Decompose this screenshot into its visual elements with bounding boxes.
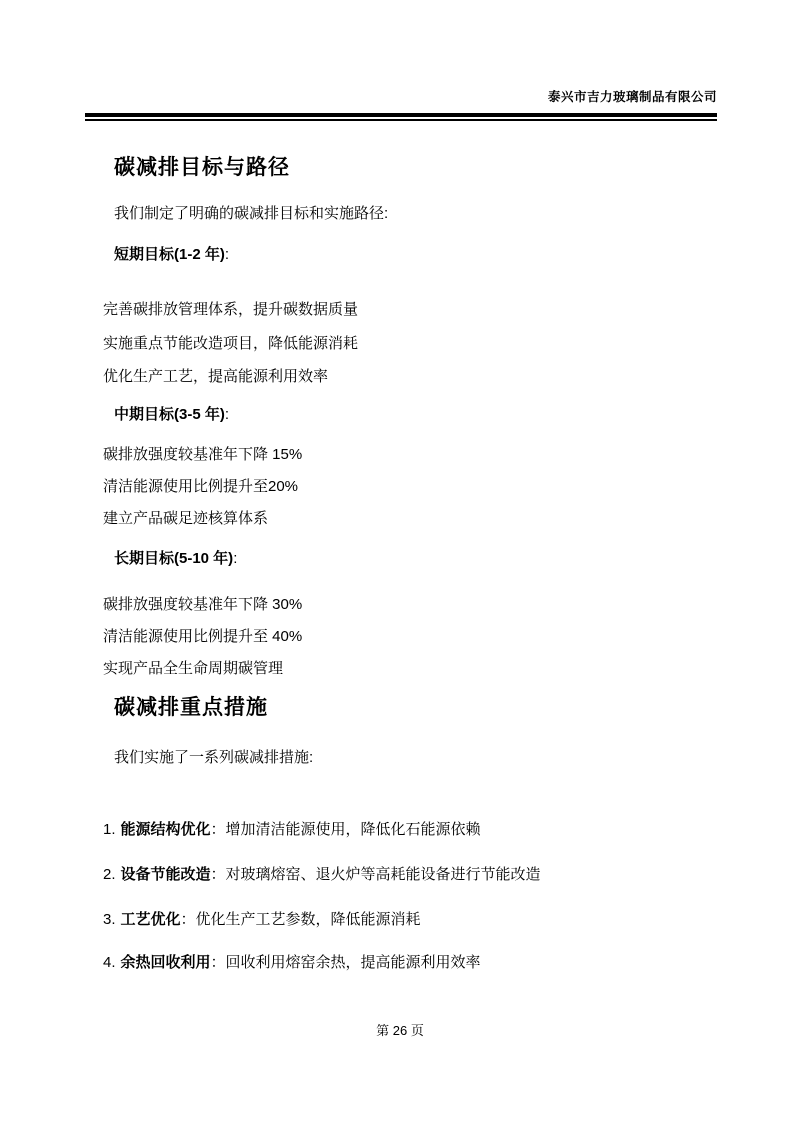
- subhead-long-term-colon: :: [233, 550, 237, 567]
- measure-label: 余热回收利用: [121, 954, 211, 971]
- measure-item: 3.工艺优化：优化生产工艺参数，降低能源消耗: [103, 911, 421, 930]
- subhead-mid-term-colon: :: [225, 406, 229, 423]
- goals-intro: 我们制定了明确的碳减排目标和实施路径:: [114, 205, 388, 224]
- measure-label: 工艺优化: [121, 911, 181, 928]
- goal-item: 清洁能源使用比例提升至20%: [103, 478, 298, 497]
- subhead-short-term-colon: :: [225, 246, 229, 263]
- measure-number: 3.: [103, 911, 116, 928]
- measure-item: 4.余热回收利用：回收利用熔窑余热，提高能源利用效率: [103, 954, 481, 973]
- measure-text: 对玻璃熔窑、退火炉等高耗能设备进行节能改造: [226, 866, 541, 883]
- measure-number: 1.: [103, 821, 116, 838]
- subhead-mid-term: 中期目标(3-5 年):: [114, 406, 229, 425]
- goal-item: 实现产品全生命周期碳管理: [103, 660, 283, 679]
- company-name: 泰兴市吉力玻璃制品有限公司: [548, 87, 717, 105]
- header-divider: [85, 113, 717, 121]
- measure-label: 设备节能改造: [121, 866, 211, 883]
- goal-item: 优化生产工艺，提高能源利用效率: [103, 368, 328, 387]
- measure-colon: ：: [181, 911, 196, 928]
- measure-text: 增加清洁能源使用，降低化石能源依赖: [226, 821, 481, 838]
- measure-text: 回收利用熔窑余热，提高能源利用效率: [226, 954, 481, 971]
- measure-number: 4.: [103, 954, 116, 971]
- measure-colon: ：: [211, 821, 226, 838]
- measure-item: 1.能源结构优化：增加清洁能源使用，降低化石能源依赖: [103, 821, 481, 840]
- measure-colon: ：: [211, 954, 226, 971]
- measure-number: 2.: [103, 866, 116, 883]
- subhead-long-term-label: 长期目标(5-10 年): [114, 550, 233, 567]
- goal-item: 建立产品碳足迹核算体系: [103, 510, 268, 529]
- measure-colon: ：: [211, 866, 226, 883]
- page-number: 第 26 页: [0, 1020, 800, 1039]
- goal-item: 碳排放强度较基准年下降 30%: [103, 596, 302, 615]
- subhead-short-term: 短期目标(1-2 年):: [114, 246, 229, 265]
- subhead-short-term-label: 短期目标(1-2 年): [114, 246, 225, 263]
- measure-item: 2.设备节能改造：对玻璃熔窑、退火炉等高耗能设备进行节能改造: [103, 866, 541, 885]
- goal-item: 实施重点节能改造项目，降低能源消耗: [103, 335, 358, 354]
- goal-item: 碳排放强度较基准年下降 15%: [103, 446, 302, 465]
- subhead-mid-term-label: 中期目标(3-5 年): [114, 406, 225, 423]
- measure-text: 优化生产工艺参数，降低能源消耗: [196, 911, 421, 928]
- section-title-goals: 碳减排目标与路径: [114, 157, 290, 178]
- measure-label: 能源结构优化: [121, 821, 211, 838]
- subhead-long-term: 长期目标(5-10 年):: [114, 550, 237, 569]
- goal-item: 完善碳排放管理体系，提升碳数据质量: [103, 301, 358, 320]
- document-page: 泰兴市吉力玻璃制品有限公司 碳减排目标与路径 我们制定了明确的碳减排目标和实施路…: [0, 0, 800, 1131]
- measures-intro: 我们实施了一系列碳减排措施:: [114, 749, 313, 768]
- section-title-measures: 碳减排重点措施: [114, 697, 268, 718]
- goal-item: 清洁能源使用比例提升至 40%: [103, 628, 302, 647]
